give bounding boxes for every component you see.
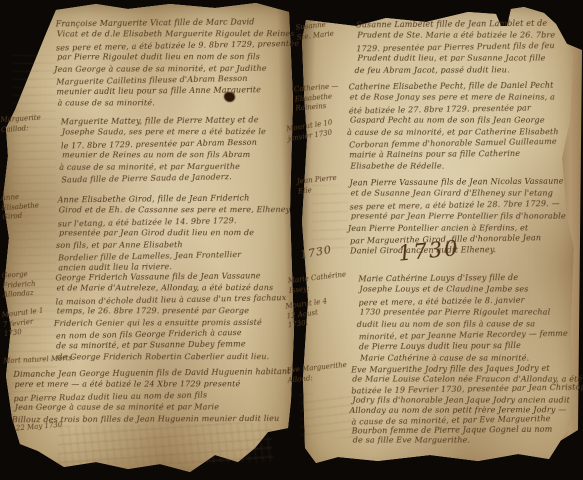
- text-line: presenté par Jean Pierre Pontellier fils…: [351, 211, 569, 222]
- baptism-entry: Catherine Elisabethe Pecht, fille de Dan…: [349, 80, 568, 173]
- text-line: Prudent dudit lieu, et par Susanne Jacot…: [357, 53, 567, 64]
- baptism-entry: Susanne Lambelet fille de Jean Lamblet e…: [356, 18, 566, 77]
- baptism-entry: Marie Cathérine Louys d'Issey fille deJo…: [358, 272, 569, 365]
- text-line: Jodry fils d'honorable Jean Jaque Jodry …: [352, 395, 572, 405]
- margin-note: Catherine —ElisabetheRaineins: [294, 82, 341, 114]
- margin-note: SusanneSte. Marie: [295, 20, 334, 43]
- year-heading: 1730: [397, 236, 460, 266]
- manuscript-photo: Françoise Marguerite Vicat fille de Marc…: [0, 0, 583, 480]
- handwriting-layer: Françoise Marguerite Vicat fille de Marc…: [0, 0, 583, 480]
- right-page-text: Susanne Lambelet fille de Jean Lamblet e…: [0, 0, 583, 480]
- margin-note: Marie CathérineIssey:: [287, 271, 347, 297]
- text-line: 1730 presentée par Pierre Rigoulet marec…: [360, 307, 570, 318]
- ink-blot-stain: [224, 92, 235, 102]
- text-line: Elisabethe de Rédelle.: [350, 160, 568, 171]
- text-line: Raineins: [295, 101, 340, 114]
- text-line: de sa fille Eve Marguerithe.: [353, 436, 573, 446]
- text-line: Marie Cathérine à cause de sa minorité.: [360, 352, 570, 363]
- baptism-entry: Eve Marguerithe Jodry fille des Jaques J…: [351, 364, 572, 448]
- margin-note-death: Mourut le 412 Aoust1730.: [285, 297, 330, 331]
- margin-note: Eve MargueritheAllond:: [286, 361, 348, 386]
- text-line: 1730: [300, 245, 333, 260]
- text-line: de feu Abram Jacot, passé dudit lieu.: [355, 64, 565, 76]
- text-line: Gaspard Pecht au nom de son fils Jean Ge…: [350, 115, 568, 126]
- margin-note-year: 1730: [300, 245, 333, 260]
- margin-note-death: Mourut le 10janvier 1730: [286, 119, 335, 145]
- margin-note: Jean PierreElie: [297, 174, 338, 197]
